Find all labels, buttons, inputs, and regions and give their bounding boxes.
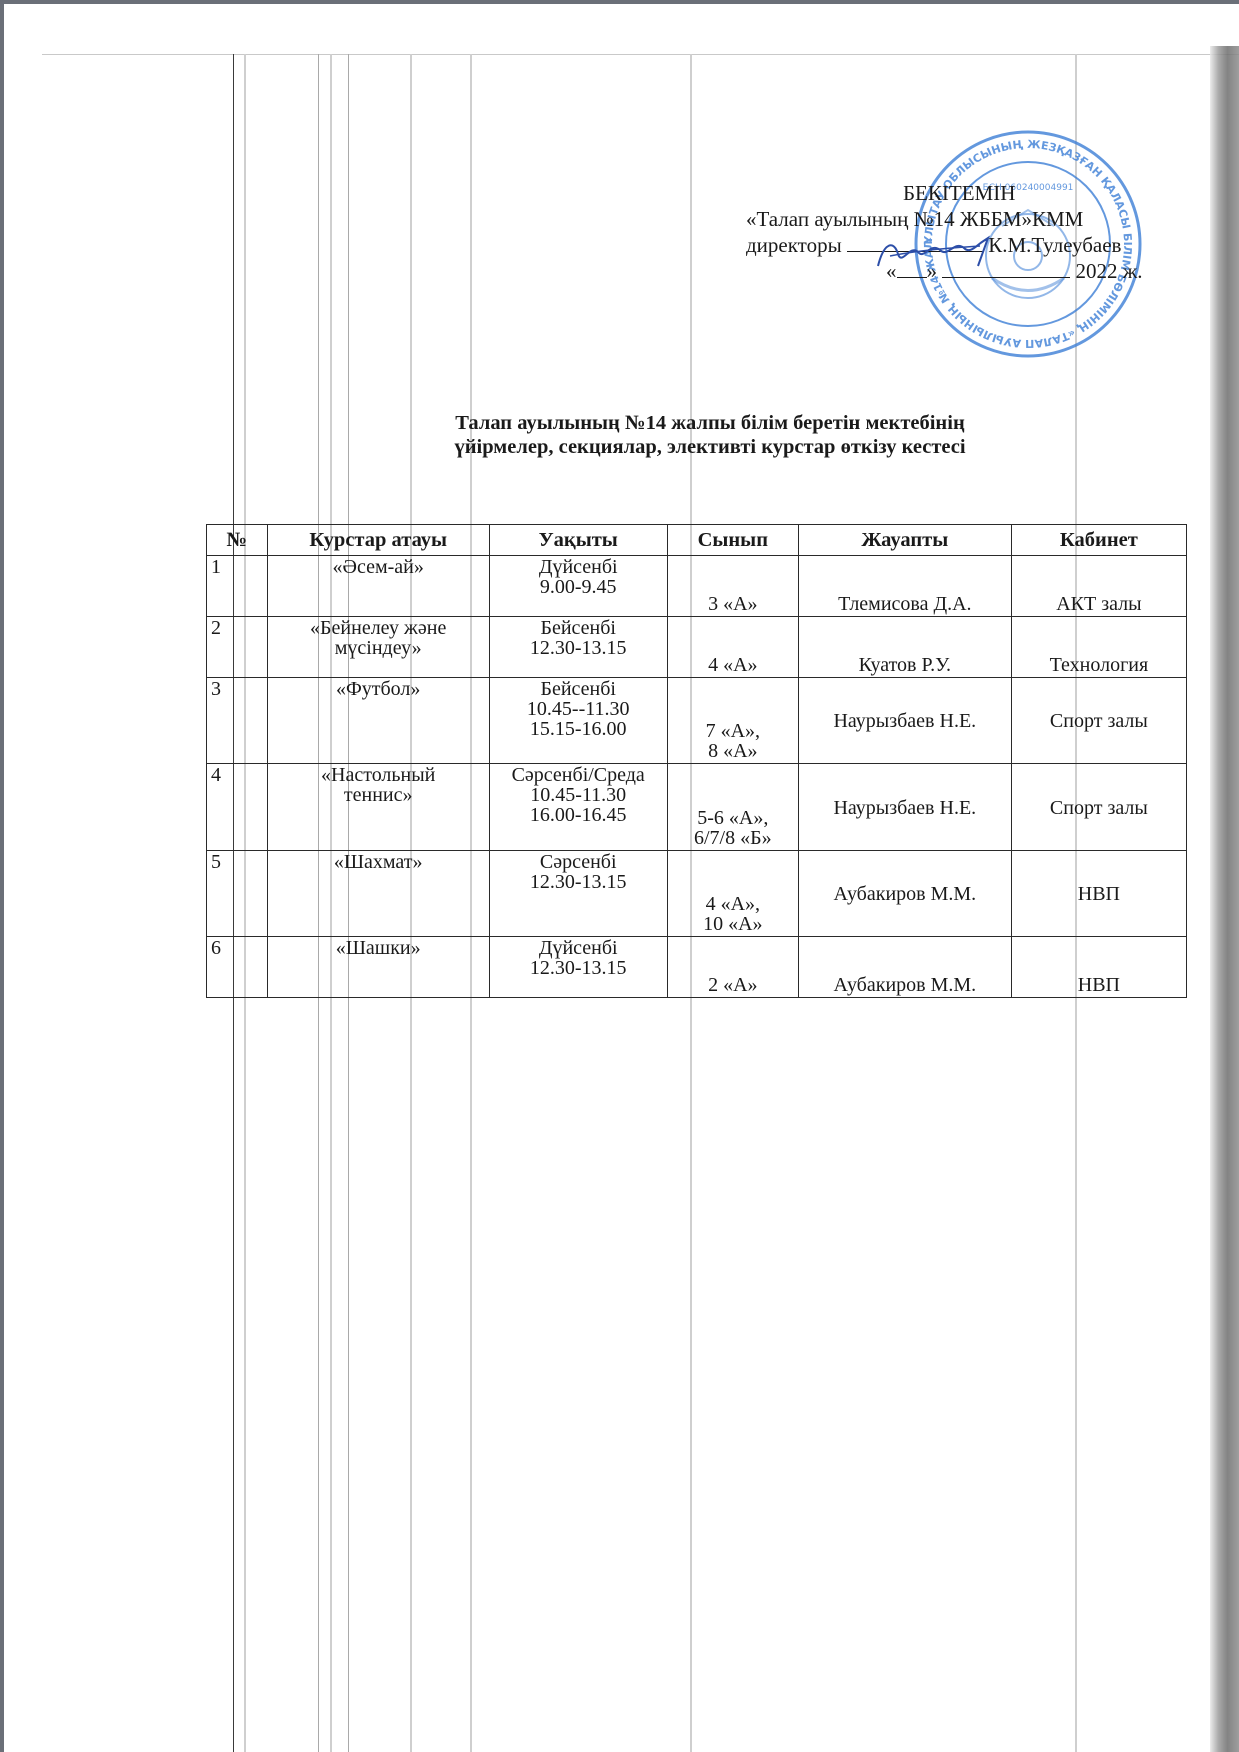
table-row: 2 «Бейнелеу және мүсіндеу» Бейсенбі 12.3… — [207, 617, 1187, 678]
time-day: Дүйсенбі — [492, 557, 665, 577]
class-line: 8 «А» — [670, 741, 796, 761]
heading-line-1: Талап ауылының №14 жалпы білім беретін м… — [300, 411, 1120, 435]
row-num: 4 — [207, 764, 268, 851]
scan-border-top — [0, 0, 1239, 4]
course-name-line: «Футбол» — [270, 679, 487, 699]
time-day: Сәрсенбі/Среда — [492, 765, 665, 785]
time-range: 10.45-11.30 — [492, 785, 665, 805]
scan-page-edge — [42, 54, 1239, 55]
class-line: 2 «А» — [670, 975, 796, 995]
class-line: 10 «А» — [670, 914, 796, 934]
row-num: 5 — [207, 851, 268, 937]
header-time: Уақыты — [489, 525, 667, 556]
course-responsible: Аубакиров М.М. — [798, 851, 1011, 937]
schedule-table: № Курстар атауы Уақыты Сынып Жауапты Каб… — [206, 524, 1187, 998]
header-room: Кабинет — [1011, 525, 1186, 556]
header-responsible: Жауапты — [798, 525, 1011, 556]
course-class: 4 «А», 10 «А» — [667, 851, 798, 937]
time-range: 16.00-16.45 — [492, 805, 665, 825]
course-room: НВП — [1011, 937, 1186, 998]
course-time: Бейсенбі 10.45--11.30 15.15-16.00 — [489, 678, 667, 764]
course-time: Дүйсенбі 12.30-13.15 — [489, 937, 667, 998]
course-responsible: Наурызбаев Н.Е. — [798, 764, 1011, 851]
class-line: 4 «А», — [670, 894, 796, 914]
time-day: Дүйсенбі — [492, 938, 665, 958]
course-name: «Футбол» — [267, 678, 489, 764]
scan-shadow-right — [1210, 46, 1239, 1752]
class-line: 5-6 «А», — [670, 808, 796, 828]
table-row: 4 «Настольный теннис» Сәрсенбі/Среда 10.… — [207, 764, 1187, 851]
header-course-name: Курстар атауы — [267, 525, 489, 556]
course-time: Сәрсенбі/Среда 10.45-11.30 16.00-16.45 — [489, 764, 667, 851]
course-name: «Әсем-ай» — [267, 556, 489, 617]
class-line: 4 «А» — [670, 655, 796, 675]
table-header-row: № Курстар атауы Уақыты Сынып Жауапты Каб… — [207, 525, 1187, 556]
time-range: 15.15-16.00 — [492, 719, 665, 739]
course-time: Бейсенбі 12.30-13.15 — [489, 617, 667, 678]
course-room: Технология — [1011, 617, 1186, 678]
class-line: 7 «А», — [670, 721, 796, 741]
course-name: «Шахмат» — [267, 851, 489, 937]
course-name: «Настольный теннис» — [267, 764, 489, 851]
time-day: Бейсенбі — [492, 618, 665, 638]
time-range: 12.30-13.15 — [492, 958, 665, 978]
course-name-line: «Бейнелеу және — [270, 618, 487, 638]
class-line: 6/7/8 «Б» — [670, 828, 796, 848]
header-num: № — [207, 525, 268, 556]
heading-line-2: үйірмелер, секциялар, элективті курстар … — [300, 435, 1120, 459]
course-class: 7 «А», 8 «А» — [667, 678, 798, 764]
row-num: 2 — [207, 617, 268, 678]
signature-icon — [870, 232, 1020, 272]
row-num: 1 — [207, 556, 268, 617]
course-class: 2 «А» — [667, 937, 798, 998]
course-name-line: мүсіндеу» — [270, 638, 487, 658]
time-day: Бейсенбі — [492, 679, 665, 699]
course-name: «Шашки» — [267, 937, 489, 998]
course-responsible: Тлемисова Д.А. — [798, 556, 1011, 617]
course-class: 3 «А» — [667, 556, 798, 617]
course-room: Спорт залы — [1011, 678, 1186, 764]
approval-year: 2022 ж. — [1076, 259, 1143, 283]
class-line: 3 «А» — [670, 594, 796, 614]
row-num: 3 — [207, 678, 268, 764]
director-label: директоры — [746, 233, 842, 257]
course-responsible: Куатов Р.У. — [798, 617, 1011, 678]
course-time: Сәрсенбі 12.30-13.15 — [489, 851, 667, 937]
table-row: 3 «Футбол» Бейсенбі 10.45--11.30 15.15-1… — [207, 678, 1187, 764]
table-row: 5 «Шахмат» Сәрсенбі 12.30-13.15 4 «А», 1… — [207, 851, 1187, 937]
course-name-line: «Настольный — [270, 765, 487, 785]
row-num: 6 — [207, 937, 268, 998]
time-range: 12.30-13.15 — [492, 638, 665, 658]
time-day: Сәрсенбі — [492, 852, 665, 872]
course-name-line: теннис» — [270, 785, 487, 805]
course-name-line: «Шахмат» — [270, 852, 487, 872]
time-range: 10.45--11.30 — [492, 699, 665, 719]
course-responsible: Аубакиров М.М. — [798, 937, 1011, 998]
course-class: 4 «А» — [667, 617, 798, 678]
time-range: 12.30-13.15 — [492, 872, 665, 892]
course-responsible: Наурызбаев Н.Е. — [798, 678, 1011, 764]
document-heading: Талап ауылының №14 жалпы білім беретін м… — [300, 411, 1120, 459]
approval-organization: «Талап ауылының №14 ЖББМ»КММ — [740, 206, 1200, 232]
course-class: 5-6 «А», 6/7/8 «Б» — [667, 764, 798, 851]
course-room: НВП — [1011, 851, 1186, 937]
table-row: 6 «Шашки» Дүйсенбі 12.30-13.15 2 «А» Ауб… — [207, 937, 1187, 998]
course-time: Дүйсенбі 9.00-9.45 — [489, 556, 667, 617]
course-name: «Бейнелеу және мүсіндеу» — [267, 617, 489, 678]
course-name-line: «Шашки» — [270, 938, 487, 958]
scan-border-left — [0, 0, 4, 1752]
time-range: 9.00-9.45 — [492, 577, 665, 597]
course-name-line: «Әсем-ай» — [270, 557, 487, 577]
approval-title: БЕКІТЕМІН — [740, 180, 1200, 206]
header-class: Сынып — [667, 525, 798, 556]
course-room: Спорт залы — [1011, 764, 1186, 851]
course-room: АКТ залы — [1011, 556, 1186, 617]
table-row: 1 «Әсем-ай» Дүйсенбі 9.00-9.45 3 «А» Тле… — [207, 556, 1187, 617]
